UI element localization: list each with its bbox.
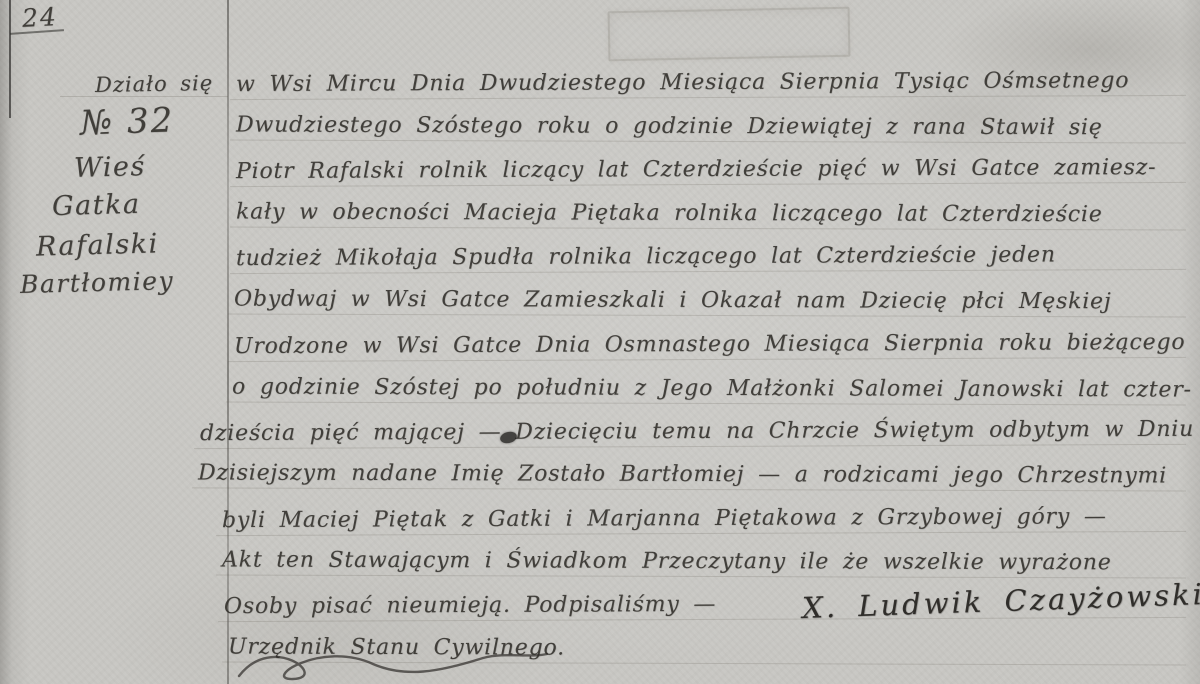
page-number: 24 xyxy=(21,2,58,33)
record-line: Obydwaj w Wsi Gatce Zamieszkali i Okazał… xyxy=(234,287,1186,324)
record-line: w Wsi Mircu Dnia Dwudziestego Miesiąca S… xyxy=(236,68,1186,106)
margin-village-name: Gatka xyxy=(52,189,141,222)
record-line: byli Maciej Piętak z Gatki i Marjanna Pi… xyxy=(222,504,1186,542)
margin-surname: Rafalski xyxy=(36,228,159,262)
embossed-stamp xyxy=(608,7,851,62)
margin-acted-label: Działo się xyxy=(95,71,214,97)
record-line: kały w obecności Macieja Piętaka rolnika… xyxy=(236,200,1186,237)
record-line: Piotr Rafalski rolnik liczący lat Czterd… xyxy=(236,155,1186,193)
record-number: № 32 xyxy=(79,100,175,143)
record-line: dzieścia pięć mającej — Dziecięciu temu … xyxy=(200,417,1186,455)
record-line: Dwudziestego Szóstego roku o godzinie Dz… xyxy=(236,113,1186,150)
record-line: Akt ten Stawającym i Świadkom Przeczytan… xyxy=(222,547,1186,584)
margin-village-word: Wieś xyxy=(74,151,147,184)
margin-given-name: Bartłomiey xyxy=(20,266,175,299)
page-edge-crease xyxy=(9,0,11,118)
pen-flourish xyxy=(233,648,553,684)
page-number-underline xyxy=(10,29,64,35)
record-line: o godzinie Szóstej po południu z Jego Ma… xyxy=(232,375,1186,412)
manuscript-page: 24 Działo się № 32 Wieś Gatka Rafalski B… xyxy=(0,0,1200,684)
record-line: Dzisiejszym nadane Imię Zostało Bartłomi… xyxy=(198,460,1186,497)
record-line: Urodzone w Wsi Gatce Dnia Osmnastego Mie… xyxy=(234,330,1186,368)
record-line: tudzież Mikołaja Spudła rolnika licząceg… xyxy=(236,242,1186,280)
